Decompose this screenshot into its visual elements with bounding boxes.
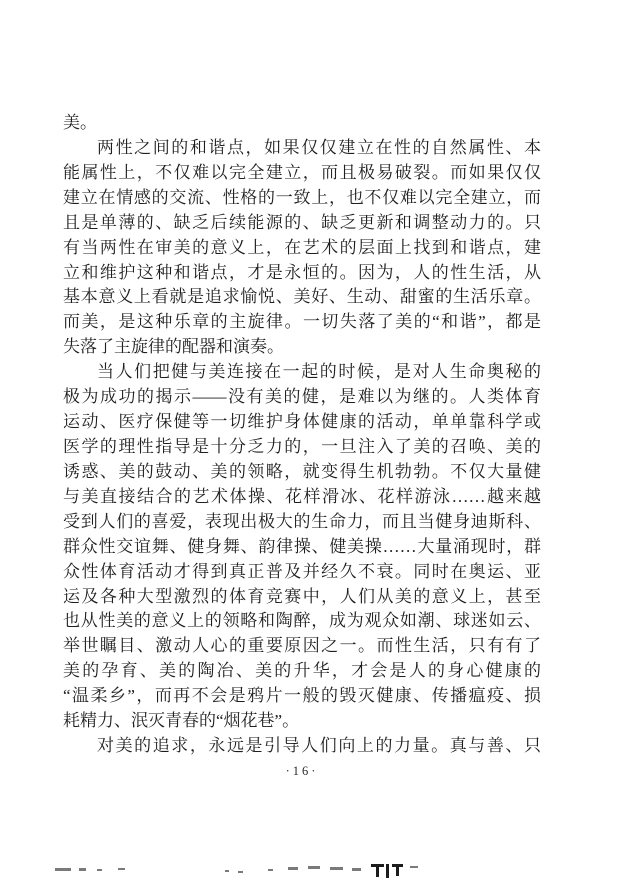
text-line: 极为成功的揭示——没有美的健，是难以为继的。人类体育 [63, 385, 541, 410]
page-number: ·16· [63, 764, 541, 779]
text-line: 耗精力、泯灭青春的“烟花巷”。 [63, 709, 541, 734]
scan-artifact [376, 864, 379, 877]
text-line: 诱惑、美的鼓动、美的领略，就变得生机勃勃。不仅大量健 [63, 460, 541, 485]
scan-artifact [55, 868, 71, 871]
body-text: 美。 两性之间的和谐点，如果仅仅建立在性的自然属性、本 能属性上，不仅难以完全建… [63, 111, 541, 759]
text-line: “温柔乡”，而再不会是鸦片一般的毁灭健康、传播瘟疫、损 [63, 684, 541, 709]
scan-artifact [410, 866, 418, 868]
scan-artifact [97, 869, 102, 871]
text-line: 对美的追求，永远是引导人们向上的力量。真与善、只 [63, 734, 541, 759]
text-line: 群众性交谊舞、健身舞、韵律操、健美操……大量涌现时，群 [63, 535, 541, 560]
text-line: 而美，是这种乐章的主旋律。一切失落了美的“和谐”，都是 [63, 310, 541, 335]
text-line: 也从性美的意义上的领略和陶醉，成为观众如潮、球迷如云、 [63, 609, 541, 634]
text-line: 能属性上，不仅难以完全建立，而且极易破裂。而如果仅仅 [63, 161, 541, 186]
scan-artifact [308, 866, 320, 869]
text-line: 医学的理性指导是十分乏力的，一旦注入了美的召唤、美的 [63, 435, 541, 460]
scan-artifact [118, 868, 125, 870]
scan-artifact [330, 867, 343, 870]
text-line: 美。 [63, 111, 541, 136]
text-line: 美的孕育、美的陶冶、美的升华，才会是人的身心健康的 [63, 659, 541, 684]
text-line: 有当两性在审美的意义上，在艺术的层面上找到和谐点，建 [63, 236, 541, 261]
text-line: 基本意义上看就是追求愉悦、美好、生动、甜蜜的生活乐章。 [63, 285, 541, 310]
scanned-book-page: 美。 两性之间的和谐点，如果仅仅建立在性的自然属性、本 能属性上，不仅难以完全建… [0, 0, 629, 882]
text-line: 众性体育活动才得到真正普及并经久不衰。同时在奥运、亚 [63, 560, 541, 585]
text-line: 立和维护这种和谐点，才是永恒的。因为，人的性生活，从 [63, 261, 541, 286]
text-line: 受到人们的喜爱，表现出极大的生命力，而且当健身迪斯科、 [63, 510, 541, 535]
text-line: 失落了主旋律的配器和演奏。 [63, 335, 541, 360]
text-line: 当人们把健与美连接在一起的时候，是对人生命奥秘的 [63, 360, 541, 385]
text-line: 建立在情感的交流、性格的一致上，也不仅难以完全建立，而 [63, 186, 541, 211]
scan-artifact [396, 864, 399, 876]
text-line: 运动、医疗保健等一切维护身体健康的活动，单单靠科学或 [63, 410, 541, 435]
text-line: 与美直接结合的艺术体操、花样滑冰、花样游泳……越来越 [63, 485, 541, 510]
scan-artifact [268, 869, 273, 871]
scan-artifact [288, 867, 298, 870]
scan-artifact [79, 868, 86, 871]
scan-artifact [386, 864, 389, 878]
scan-artifact [238, 871, 243, 873]
text-line: 且是单薄的、缺乏后续能源的、缺乏更新和调整动力的。只 [63, 211, 541, 236]
text-line: 举世瞩目、激动人心的重要原因之一。而性生活，只有有了 [63, 634, 541, 659]
text-line: 两性之间的和谐点，如果仅仅建立在性的自然属性、本 [63, 136, 541, 161]
text-line: 运及各种大型激烈的体育竞赛中，人们从美的意义上，甚至 [63, 585, 541, 610]
scan-artifact [225, 870, 229, 872]
scan-artifact [352, 868, 361, 871]
